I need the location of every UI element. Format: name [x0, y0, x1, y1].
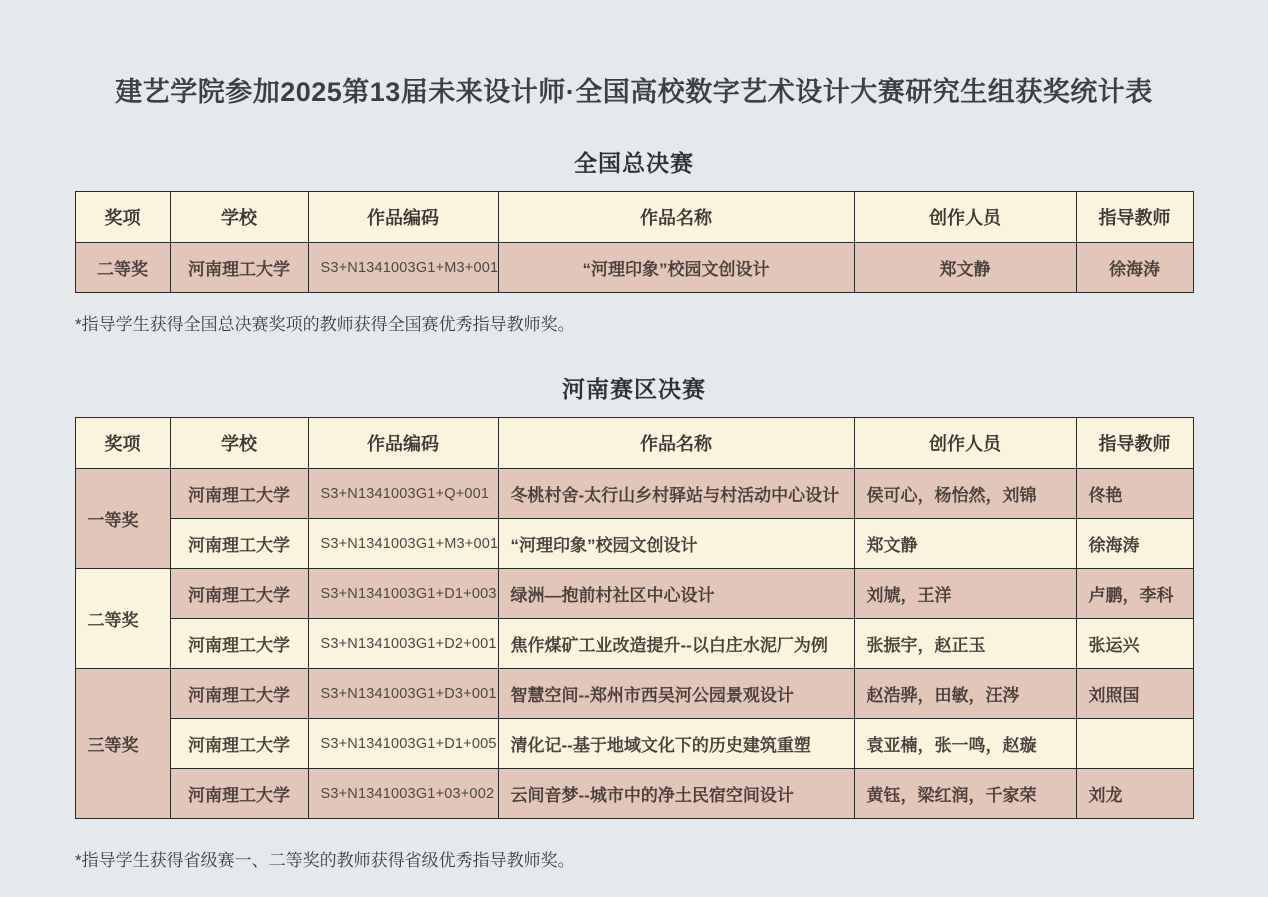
- cell-creators: 张振宇，赵正玉: [854, 619, 1076, 669]
- cell-code: S3+N1341003G1+M3+001: [308, 243, 498, 293]
- national-header-row: 奖项 学校 作品编码 作品名称 创作人员 指导教师: [75, 192, 1193, 243]
- cell-work: 智慧空间--郑州市西吴河公园景观设计: [498, 669, 854, 719]
- col-header-school: 学校: [170, 418, 308, 469]
- cell-work: 冬桃村舍-太行山乡村驿站与村活动中心设计: [498, 469, 854, 519]
- cell-school: 河南理工大学: [170, 519, 308, 569]
- cell-work: “河理印象”校园文创设计: [498, 243, 854, 293]
- cell-award-third-prize: 三等奖: [75, 669, 170, 819]
- cell-teacher: [1076, 719, 1193, 769]
- national-note: *指导学生获得全国总决赛奖项的教师获得全国赛优秀指导教师奖。: [75, 310, 1193, 335]
- cell-school: 河南理工大学: [170, 619, 308, 669]
- cell-creators: 郑文静: [854, 243, 1076, 293]
- cell-school: 河南理工大学: [170, 569, 308, 619]
- cell-creators: 袁亚楠，张一鸣，赵璇: [854, 719, 1076, 769]
- cell-creators: 赵浩骅，田敏，汪涔: [854, 669, 1076, 719]
- henan-table-row: 一等奖 河南理工大学 S3+N1341003G1+Q+001 冬桃村舍-太行山乡…: [75, 469, 1193, 519]
- cell-award: 二等奖: [75, 243, 170, 293]
- cell-code: S3+N1341003G1+03+002: [308, 769, 498, 819]
- col-header-award: 奖项: [75, 192, 170, 243]
- cell-code: S3+N1341003G1+D2+001: [308, 619, 498, 669]
- cell-code: S3+N1341003G1+M3+001: [308, 519, 498, 569]
- cell-code: S3+N1341003G1+D1+005: [308, 719, 498, 769]
- cell-school: 河南理工大学: [170, 719, 308, 769]
- cell-work: 云间音梦--城市中的净土民宿空间设计: [498, 769, 854, 819]
- col-header-school: 学校: [170, 192, 308, 243]
- cell-teacher: 卢鹏，李科: [1076, 569, 1193, 619]
- col-header-award: 奖项: [75, 418, 170, 469]
- cell-school: 河南理工大学: [170, 243, 308, 293]
- cell-creators: 侯可心，杨怡然，刘锦: [854, 469, 1076, 519]
- section-heading-national: 全国总决赛: [0, 145, 1268, 178]
- col-header-code: 作品编码: [308, 418, 498, 469]
- cell-creators: 黄钰，梁红润，千家荣: [854, 769, 1076, 819]
- cell-work: “河理印象”校园文创设计: [498, 519, 854, 569]
- award-statistics-document: 建艺学院参加2025第13届未来设计师·全国高校数字艺术设计大赛研究生组获奖统计…: [0, 0, 1268, 871]
- page-title: 建艺学院参加2025第13届未来设计师·全国高校数字艺术设计大赛研究生组获奖统计…: [40, 70, 1228, 109]
- henan-header-row: 奖项 学校 作品编码 作品名称 创作人员 指导教师: [75, 418, 1193, 469]
- col-header-creators: 创作人员: [854, 192, 1076, 243]
- cell-teacher: 张运兴: [1076, 619, 1193, 669]
- col-header-work: 作品名称: [498, 418, 854, 469]
- cell-teacher: 徐海涛: [1076, 519, 1193, 569]
- henan-table-row: 河南理工大学 S3+N1341003G1+M3+001 “河理印象”校园文创设计…: [75, 519, 1193, 569]
- cell-work: 焦作煤矿工业改造提升--以白庄水泥厂为例: [498, 619, 854, 669]
- cell-school: 河南理工大学: [170, 669, 308, 719]
- cell-teacher: 佟艳: [1076, 469, 1193, 519]
- cell-teacher: 刘照国: [1076, 669, 1193, 719]
- cell-award-first-prize: 一等奖: [75, 469, 170, 569]
- cell-work: 绿洲—抱前村社区中心设计: [498, 569, 854, 619]
- col-header-teacher: 指导教师: [1076, 418, 1193, 469]
- cell-teacher: 徐海涛: [1076, 243, 1193, 293]
- cell-award-second-prize: 二等奖: [75, 569, 170, 669]
- henan-table-row: 三等奖 河南理工大学 S3+N1341003G1+D3+001 智慧空间--郑州…: [75, 669, 1193, 719]
- cell-code: S3+N1341003G1+D3+001: [308, 669, 498, 719]
- col-header-creators: 创作人员: [854, 418, 1076, 469]
- section-heading-henan: 河南赛区决赛: [0, 371, 1268, 404]
- cell-creators: 刘虓，王洋: [854, 569, 1076, 619]
- cell-teacher: 刘龙: [1076, 769, 1193, 819]
- henan-finals-table: 奖项 学校 作品编码 作品名称 创作人员 指导教师 一等奖 河南理工大学 S3+…: [75, 417, 1194, 819]
- cell-code: S3+N1341003G1+Q+001: [308, 469, 498, 519]
- henan-note: *指导学生获得省级赛一、二等奖的教师获得省级优秀指导教师奖。: [75, 846, 1193, 871]
- national-table-row: 二等奖 河南理工大学 S3+N1341003G1+M3+001 “河理印象”校园…: [75, 243, 1193, 293]
- cell-code: S3+N1341003G1+D1+003: [308, 569, 498, 619]
- national-finals-table: 奖项 学校 作品编码 作品名称 创作人员 指导教师 二等奖 河南理工大学 S3+…: [75, 191, 1194, 293]
- col-header-code: 作品编码: [308, 192, 498, 243]
- henan-table-row: 河南理工大学 S3+N1341003G1+D1+005 清化记--基于地域文化下…: [75, 719, 1193, 769]
- col-header-teacher: 指导教师: [1076, 192, 1193, 243]
- cell-work: 清化记--基于地域文化下的历史建筑重塑: [498, 719, 854, 769]
- henan-table-row: 河南理工大学 S3+N1341003G1+D2+001 焦作煤矿工业改造提升--…: [75, 619, 1193, 669]
- henan-table-row: 二等奖 河南理工大学 S3+N1341003G1+D1+003 绿洲—抱前村社区…: [75, 569, 1193, 619]
- col-header-work: 作品名称: [498, 192, 854, 243]
- cell-school: 河南理工大学: [170, 469, 308, 519]
- cell-school: 河南理工大学: [170, 769, 308, 819]
- cell-creators: 郑文静: [854, 519, 1076, 569]
- henan-table-row: 河南理工大学 S3+N1341003G1+03+002 云间音梦--城市中的净土…: [75, 769, 1193, 819]
